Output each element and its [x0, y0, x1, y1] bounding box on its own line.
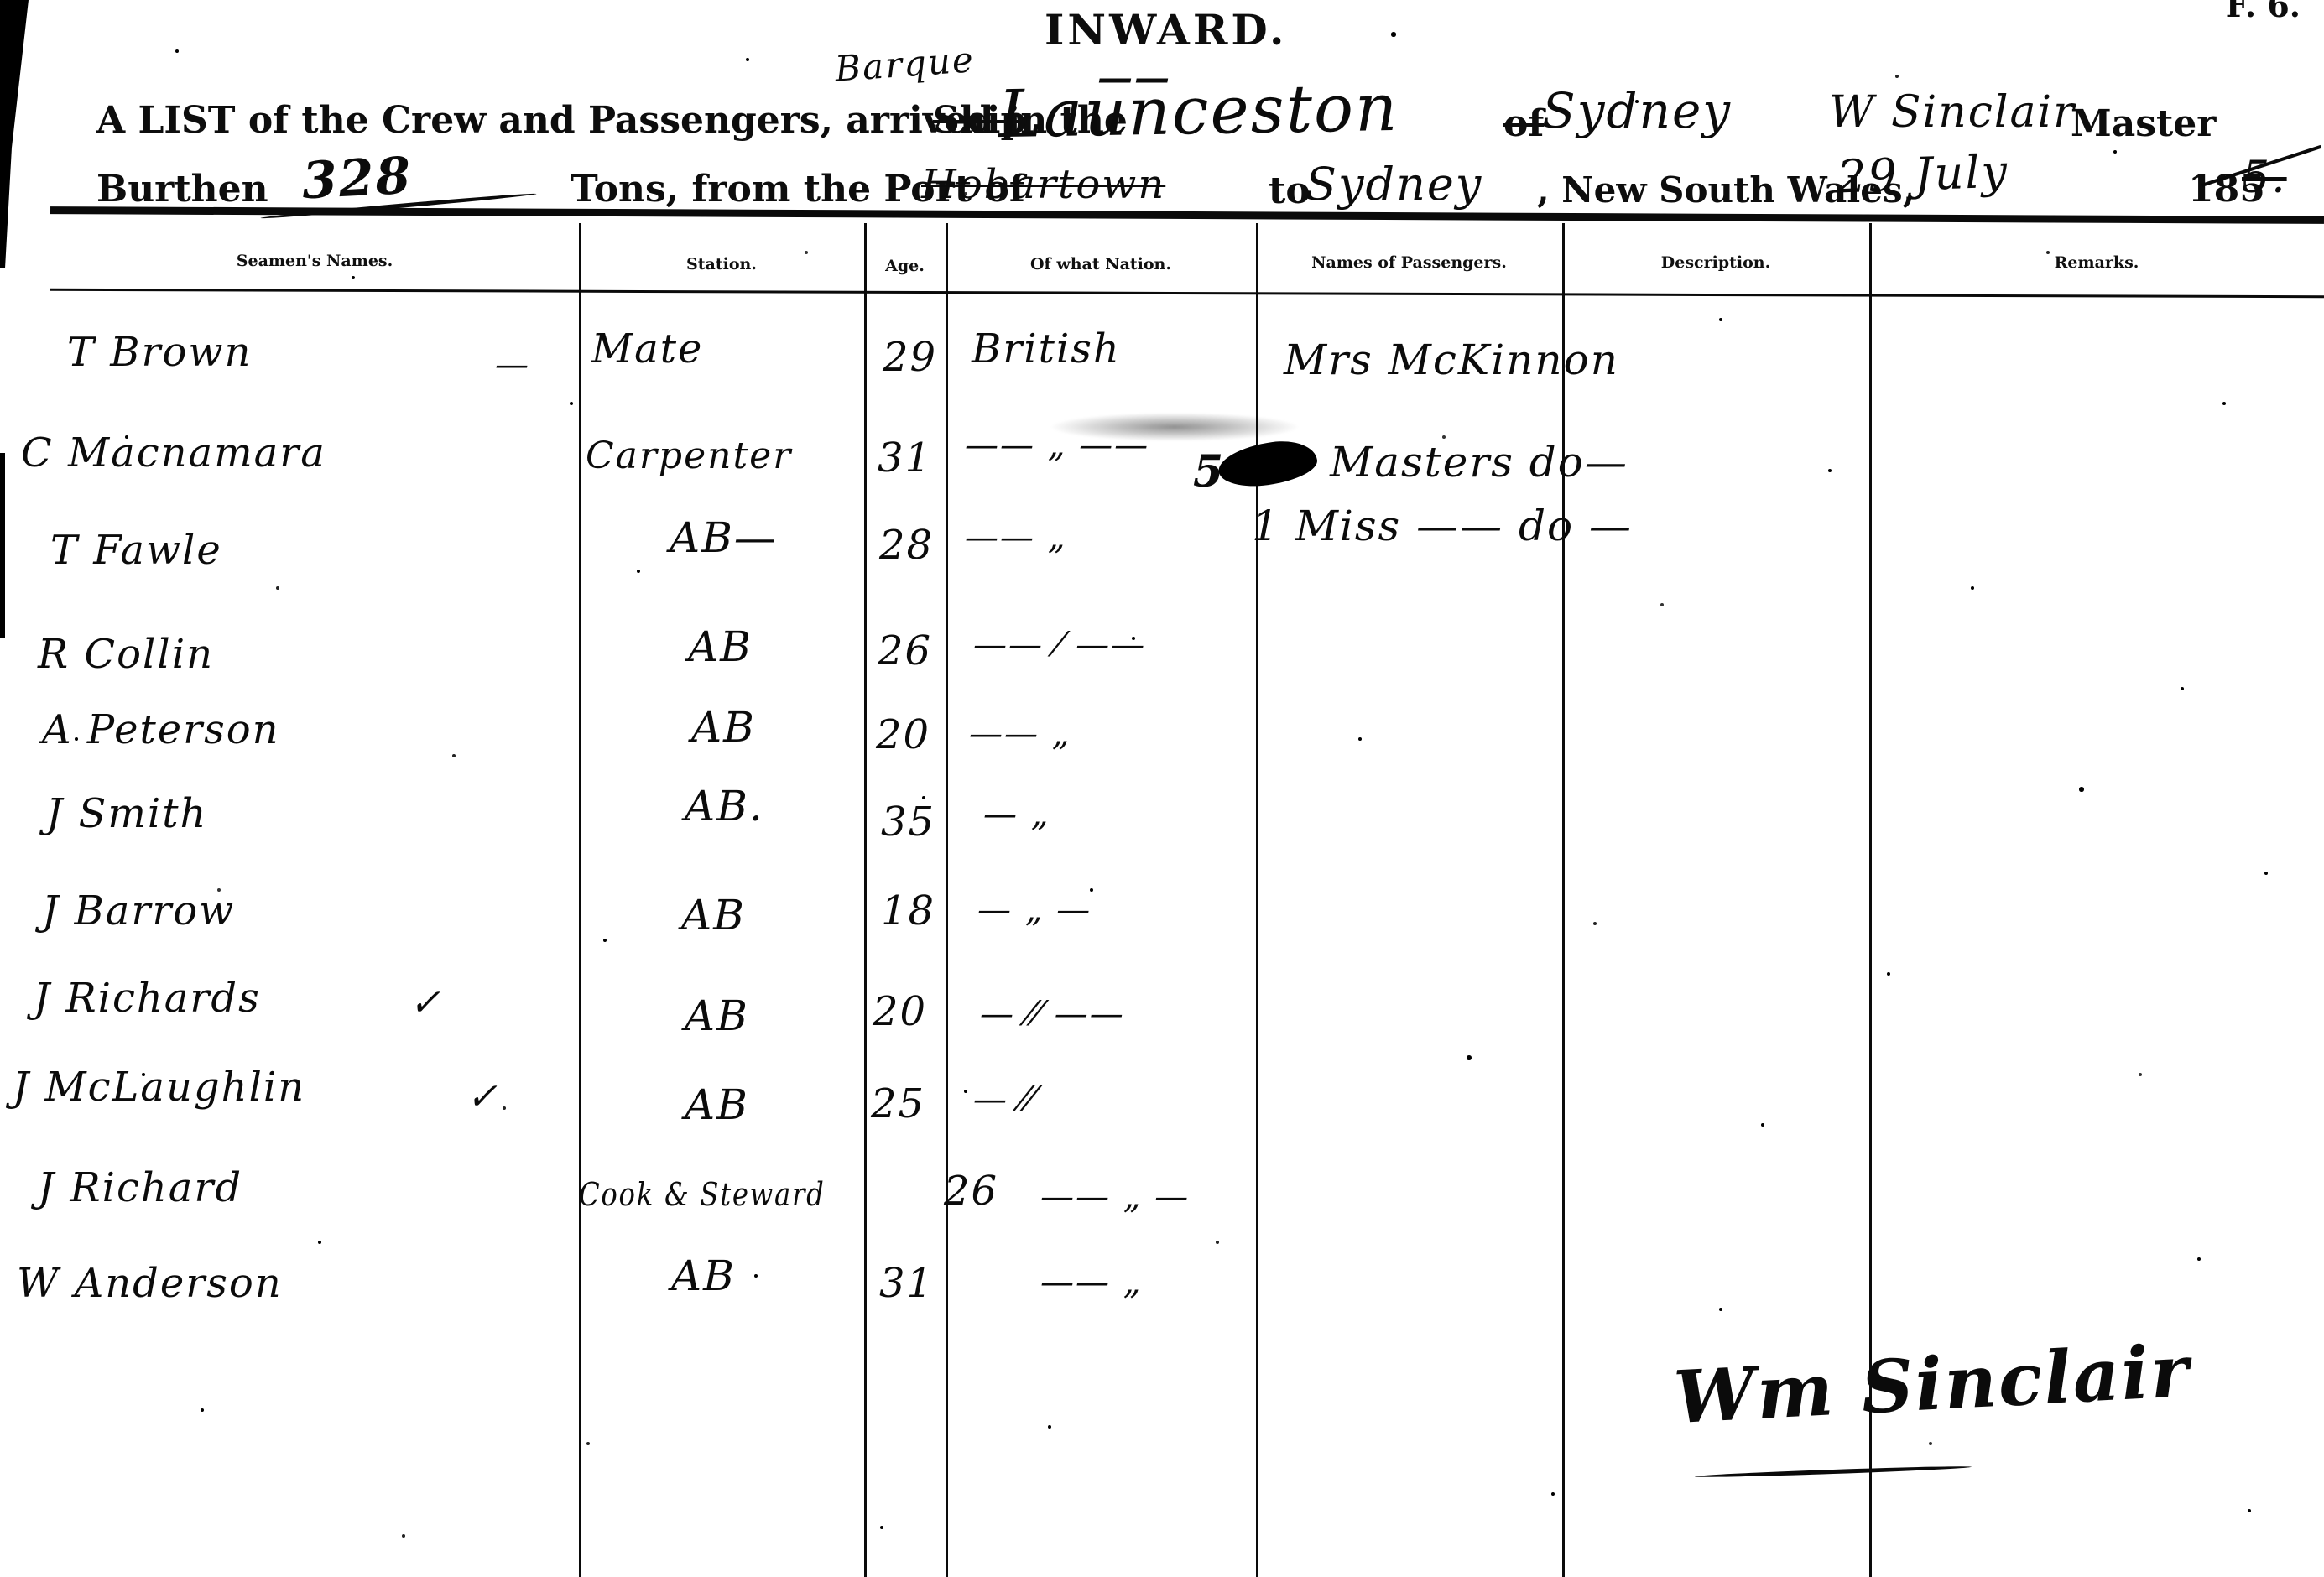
ink-smudge — [1049, 413, 1300, 441]
document-page: F. 6. INWARD. Barque —— A LIST of the Cr… — [0, 0, 2324, 1577]
vessel-type-handwritten: Barque — [833, 39, 976, 90]
crew-nation: — „ — [983, 795, 1050, 834]
crew-name: T Fawle — [50, 527, 222, 574]
column-header-description: Description. — [1562, 253, 1869, 272]
crew-nation: —— „ — [1040, 1263, 1142, 1302]
crew-age: 20 — [873, 988, 927, 1035]
crew-age: 18 — [881, 887, 935, 934]
column-line-passengers-description — [1562, 223, 1565, 1577]
crew-station: AB — [688, 622, 753, 671]
crew-age: 31 — [879, 1260, 934, 1307]
header-rule-thick — [50, 206, 2324, 224]
column-line-station-age — [864, 223, 867, 1577]
crew-age: 25 — [871, 1080, 925, 1127]
column-header-age: Age. — [864, 257, 946, 275]
crew-station: AB. — [685, 782, 764, 830]
crew-name: J Smith — [46, 790, 207, 837]
crew-nation: — ⁄⁄ —— — [980, 995, 1125, 1033]
column-header-passengers: Names of Passengers. — [1256, 253, 1562, 272]
crew-name: W Anderson — [17, 1260, 283, 1307]
crew-age: 26 — [944, 1168, 998, 1215]
crew-nation: —— „ — — [1040, 1178, 1190, 1216]
crew-age: 35 — [881, 799, 935, 846]
column-header-station: Station. — [579, 255, 864, 273]
crew-station: Cook & Steward — [579, 1176, 826, 1213]
crew-name: J Richard — [38, 1164, 242, 1211]
scan-edge-artifact — [0, 453, 5, 638]
crew-name: J Richards — [34, 975, 261, 1022]
crew-nation: British — [972, 325, 1121, 372]
of-word-struck: of — [1503, 102, 1544, 145]
crew-name: J Barrow — [42, 887, 235, 934]
registry-port-handwritten: Sydney — [1542, 82, 1732, 139]
crew-name-dash: — — [495, 346, 530, 384]
crew-age: 28 — [879, 522, 934, 569]
form-code: F. 6. — [2226, 0, 2301, 24]
signature-flourish — [1695, 1465, 1972, 1479]
vessel-name-handwritten: Launceston — [998, 70, 1399, 153]
paper-noise — [0, 0, 2, 2]
crew-name: C Macnamara — [21, 429, 326, 476]
crew-name: T Brown — [67, 329, 252, 376]
crew-nation: — ⁄⁄ — [973, 1080, 1035, 1119]
crew-name: A Peterson — [42, 706, 280, 753]
crew-age: 31 — [878, 435, 932, 481]
arrival-date-handwritten: 29 July — [1837, 144, 2009, 203]
crew-station: Mate — [591, 325, 703, 372]
crew-check-mark: ✓ — [409, 981, 442, 1024]
to-label: to — [1269, 169, 1311, 212]
page-title: INWARD. — [1045, 5, 1287, 55]
column-line-age-nation — [946, 223, 948, 1577]
crew-nation: —— ⁄ —— — [973, 626, 1146, 664]
crew-nation: —— „ — [965, 518, 1066, 557]
column-line-names-station — [579, 223, 581, 1577]
column-header-nation: Of what Nation. — [946, 255, 1256, 273]
column-header-remarks: Remarks. — [1869, 253, 2324, 272]
header-rule-thin — [50, 289, 2324, 299]
port-from-handwritten: Hobartown — [921, 161, 1165, 208]
crew-nation: — „ — — [977, 891, 1092, 929]
crew-station: AB — [681, 891, 746, 939]
crew-age: 20 — [876, 711, 930, 758]
passenger-entry: Masters do— — [1330, 438, 1628, 487]
crew-age: 26 — [878, 627, 932, 674]
crew-name: R Collin — [38, 631, 214, 678]
scan-edge-artifact — [0, 0, 30, 268]
crew-name: J McLaughlin — [13, 1064, 305, 1111]
passenger-entry: 1 Miss —— do — — [1252, 502, 1633, 550]
master-label: Master — [2071, 102, 2217, 145]
port-to-handwritten: Sydney — [1305, 158, 1482, 211]
crew-nation: —— „ — [969, 715, 1071, 753]
burthen-value-handwritten: 328 — [300, 147, 414, 211]
ink-blot — [1216, 436, 1320, 492]
column-header-seamens-names: Seamen's Names. — [50, 252, 579, 270]
crew-station: AB — [691, 703, 756, 752]
crew-age: 29 — [883, 334, 937, 381]
burthen-label: Burthen — [96, 168, 268, 211]
crew-station: AB — [671, 1252, 736, 1300]
crew-station: AB — [685, 991, 749, 1040]
crew-station: Carpenter — [586, 435, 792, 477]
crew-check-mark: ✓ — [466, 1075, 499, 1118]
crew-station: AB— — [670, 513, 778, 562]
master-signature: Wm Sinclair — [1672, 1329, 2192, 1440]
passenger-entry: Mrs McKinnon — [1284, 336, 1619, 384]
crew-station: AB — [685, 1080, 749, 1129]
master-name-handwritten: W Sinclair — [1829, 87, 2076, 138]
